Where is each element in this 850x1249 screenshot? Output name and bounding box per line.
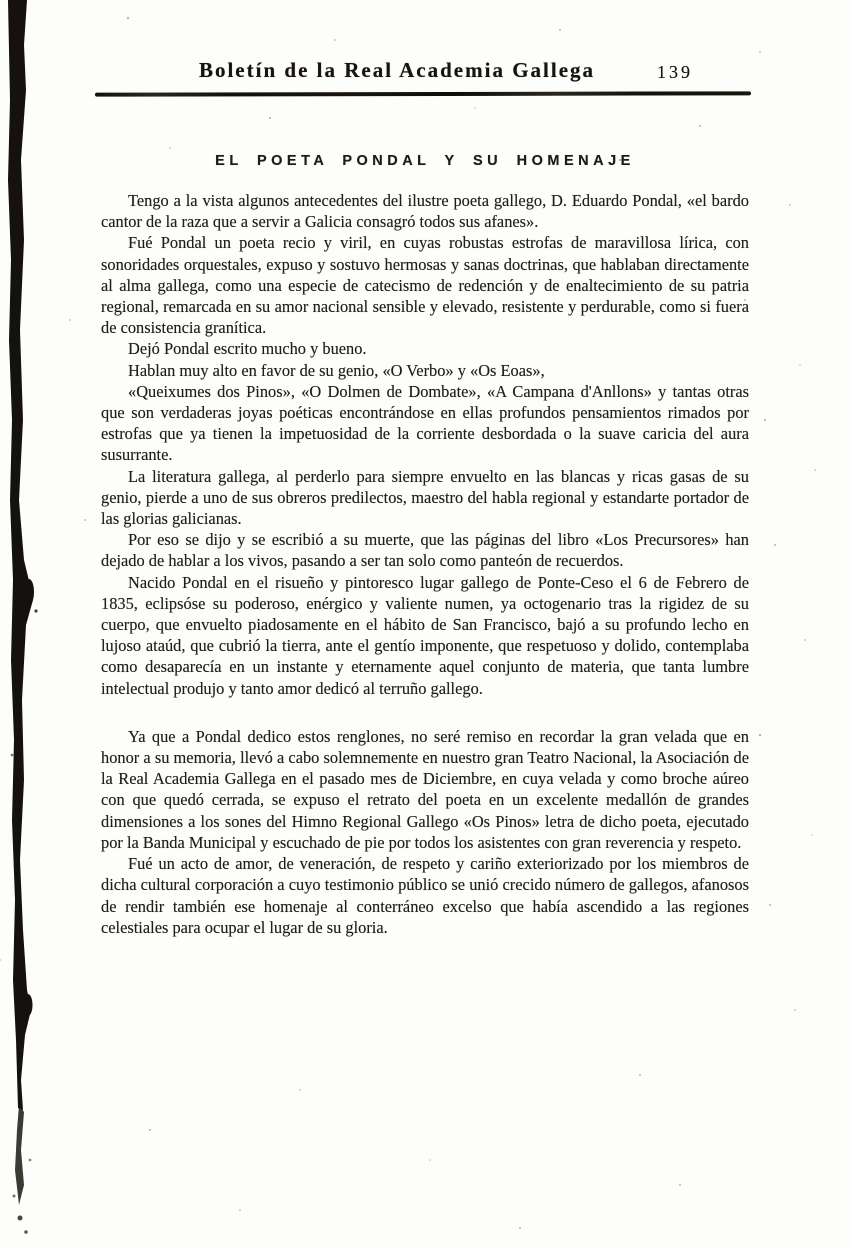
article-paragraph: Tengo a la vista algunos antecedentes de… — [101, 190, 749, 232]
page-number: 139 — [657, 62, 693, 83]
journal-title: Boletín de la Real Academia Gallega — [73, 58, 721, 83]
article-paragraph: Nacido Pondal en el risueño y pintoresco… — [101, 572, 749, 699]
text-column: Boletín de la Real Academia Gallega 139 … — [101, 58, 749, 938]
scanned-document-page: Boletín de la Real Academia Gallega 139 … — [0, 0, 850, 1249]
article-paragraph: «Queixumes dos Pinos», «O Dolmen de Domb… — [101, 381, 749, 466]
article-body: Tengo a la vista algunos antecedentes de… — [101, 190, 749, 938]
article-paragraph: Fué Pondal un poeta recio y viril, en cu… — [101, 232, 749, 338]
article-title: EL POETA PONDAL Y SU HOMENAJE — [101, 153, 749, 169]
header-rule-divider — [95, 91, 751, 96]
article-paragraph: La literatura gallega, al perderlo para … — [101, 466, 749, 530]
page-header: Boletín de la Real Academia Gallega 139 — [101, 58, 749, 91]
article-paragraph: Ya que a Pondal dedico estos renglones, … — [101, 726, 749, 853]
binding-shadow-artifact — [0, 0, 60, 1249]
article-paragraph: Fué un acto de amor, de veneración, de r… — [101, 853, 749, 938]
article-paragraph: Hablan muy alto en favor de su genio, «O… — [101, 360, 749, 381]
article-paragraph: Dejó Pondal escrito mucho y bueno. — [101, 338, 749, 359]
article-paragraph: Por eso se dijo y se escribió a su muert… — [101, 529, 749, 571]
